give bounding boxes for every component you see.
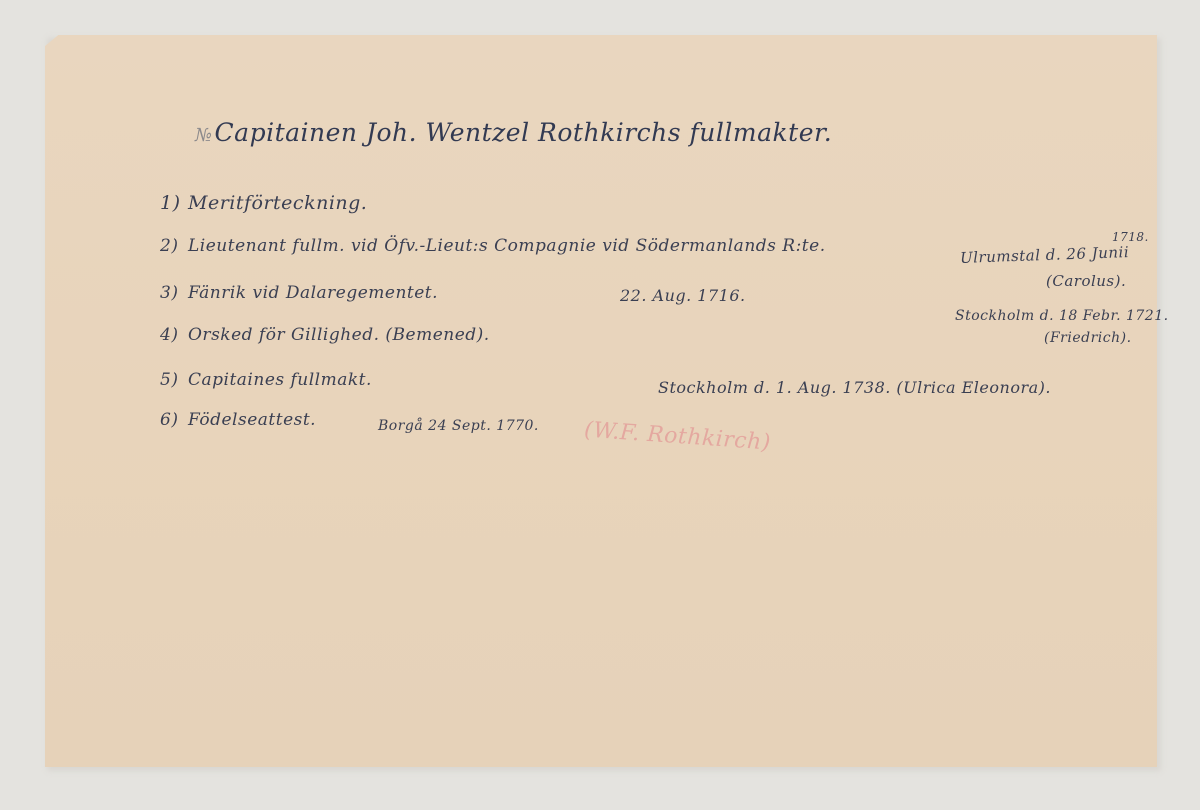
list-item-6: 6)Födelseattest. — [160, 410, 316, 430]
list-item-2: 2)Lieutenant fullm. vid Öfv.-Lieut:s Com… — [160, 236, 826, 256]
item-2-year: 1718. — [1112, 230, 1149, 244]
list-item-3: 3)Fänrik vid Dalaregementet. — [160, 283, 438, 303]
item-text: Fänrik vid Dalaregementet. — [188, 283, 438, 303]
item-text: Födelseattest. — [188, 410, 316, 430]
title-text: Capitainen Joh. Wentzel Rothkirchs fullm… — [215, 118, 833, 147]
item-5-place-date: Stockholm d. 1. Aug. 1738. (Ulrica Eleon… — [658, 378, 1051, 397]
item-6-date: Borgå 24 Sept. 1770. — [378, 418, 539, 434]
list-item-5: 5)Capitaines fullmakt. — [160, 370, 372, 390]
item-text: Meritförteckning. — [188, 192, 367, 214]
item-2-sovereign: (Carolus). — [1046, 272, 1126, 290]
item-3-date: 22. Aug. 1716. — [620, 286, 746, 305]
item-number: 1) — [160, 192, 188, 214]
item-text: Lieutenant fullm. vid Öfv.-Lieut:s Compa… — [188, 236, 826, 256]
item-number: 5) — [160, 370, 188, 390]
item-text: Orsked för Gillighed. (Bemened). — [188, 325, 490, 345]
item-number: 4) — [160, 325, 188, 345]
item-4-sovereign: (Friedrich). — [1044, 330, 1132, 346]
item-number: 6) — [160, 410, 188, 430]
list-item-1: 1)Meritförteckning. — [160, 192, 367, 214]
item-text: Capitaines fullmakt. — [188, 370, 372, 390]
list-item-4: 4)Orsked för Gillighed. (Bemened). — [160, 325, 490, 345]
document-title: №Capitainen Joh. Wentzel Rothkirchs full… — [195, 118, 832, 147]
item-number: 2) — [160, 236, 188, 256]
title-mark: № — [195, 125, 213, 146]
item-4-place-date: Stockholm d. 18 Febr. 1721. — [955, 308, 1169, 324]
item-number: 3) — [160, 283, 188, 303]
